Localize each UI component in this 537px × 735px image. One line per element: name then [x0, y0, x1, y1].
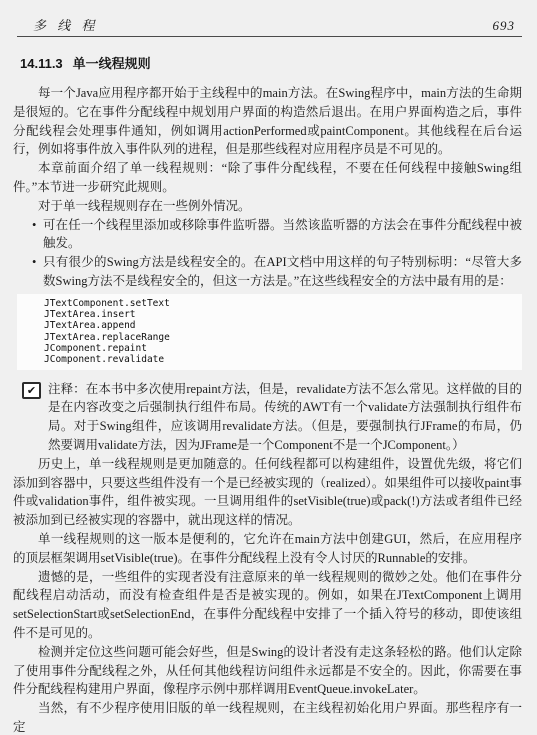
code-line: JComponent.repaint: [44, 343, 522, 354]
list-item-text: 可在任一个线程里添加或移除事件监听器。当然该监听器的方法会在事件分配线程中被触发…: [43, 216, 522, 254]
paragraph-convenient-version: 单一线程规则的这一版本是便利的，它允许在main方法中创建GUI，然后，在应用程…: [13, 530, 522, 568]
section-heading: 14.11.3单一线程规则: [20, 53, 537, 72]
code-block: JTextComponent.setText JTextArea.insert …: [17, 294, 522, 370]
exception-list: • 可在任一个线程里添加或移除事件监听器。当然该监听器的方法会在事件分配线程中被…: [13, 216, 522, 291]
code-line: JTextComponent.setText: [44, 298, 522, 309]
paragraph-regret: 遗憾的是，一些组件的实现者没有注意原来的单一线程规则的微妙之处。他们在事件分配线…: [13, 568, 522, 643]
list-item: • 只有很少的Swing方法是线程安全的。在API文档中用这样的句子特别标明：“…: [32, 253, 522, 291]
paragraph-rule-statement: 本章前面介绍了单一线程规则：“除了事件分配线程，不要在任何线程中接触Swing组…: [13, 159, 522, 197]
book-page: 多 线 程 693 14.11.3单一线程规则 每一个Java应用程序都开始于主…: [0, 0, 537, 735]
code-line: JTextArea.insert: [44, 309, 522, 320]
bullet-icon: •: [32, 253, 43, 291]
page-body: 每一个Java应用程序都开始于主线程中的main方法。在Swing程序中，mai…: [13, 84, 522, 735]
list-item-text: 只有很少的Swing方法是线程安全的。在API文档中用这样的句子特别标明：“尽管…: [43, 253, 522, 291]
note-box: ✔ 注释：在本书中多次使用repaint方法，但是，revalidate方法不怎…: [22, 380, 522, 455]
header-rule: [17, 36, 522, 37]
code-line: JTextArea.append: [44, 320, 522, 331]
list-item: • 可在任一个线程里添加或移除事件监听器。当然该监听器的方法会在事件分配线程中被…: [32, 216, 522, 254]
bullet-icon: •: [32, 216, 43, 254]
page-number: 693: [493, 18, 516, 34]
code-line: JTextArea.replaceRange: [44, 332, 522, 343]
paragraph-detection: 检测并定位这些问题可能会好些，但是Swing的设计者没有走这条轻松的路。他们认定…: [13, 643, 522, 699]
paragraph-intro: 每一个Java应用程序都开始于主线程中的main方法。在Swing程序中，mai…: [13, 84, 522, 159]
paragraph-legacy: 当然，有不少程序使用旧版的单一线程规则，在主线程初始化用户界面。那些程序有一定: [13, 699, 522, 735]
section-number: 14.11.3: [20, 56, 63, 71]
note-text: 注释：在本书中多次使用repaint方法，但是，revalidate方法不怎么常…: [48, 380, 522, 455]
code-line: JComponent.revalidate: [44, 354, 522, 365]
running-title: 多 线 程: [33, 15, 99, 34]
page-header: 多 线 程 693: [0, 0, 537, 34]
paragraph-exceptions-lead: 对于单一线程规则存在一些例外情况。: [13, 197, 522, 216]
paragraph-history: 历史上，单一线程规则是更加随意的。任何线程都可以构建组件，设置优先级，将它们添加…: [13, 455, 522, 530]
section-title: 单一线程规则: [73, 56, 151, 71]
checkmark-icon: ✔: [22, 382, 41, 399]
